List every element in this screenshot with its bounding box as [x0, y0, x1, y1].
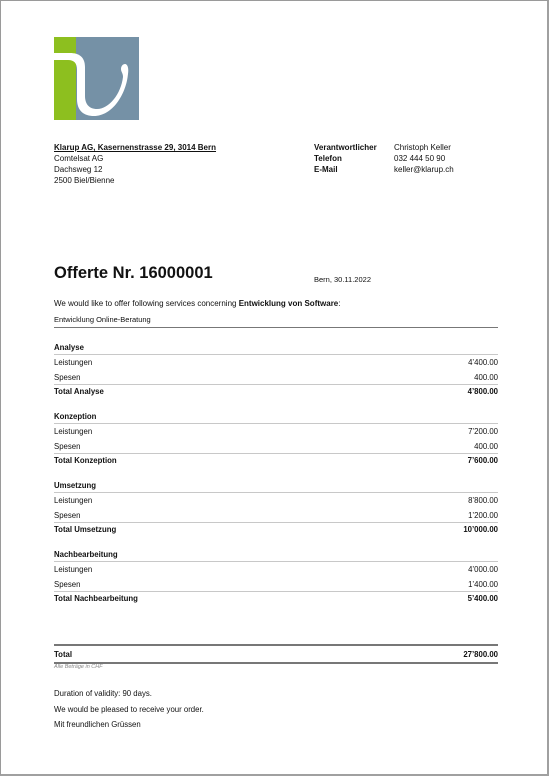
section-total-label: Total Analyse: [54, 385, 104, 399]
offer-date: Bern, 30.11.2022: [314, 274, 371, 285]
section-total-amount: 10’000.00: [463, 523, 498, 537]
section-heading: Analyse: [54, 341, 498, 355]
order-text: We would be pleased to receive your orde…: [54, 704, 204, 715]
cost-section: Nachbearbeitung Leistungen 4’000.00 Spes…: [54, 548, 498, 606]
section-total-row: Total Konzeption 7’600.00: [54, 453, 498, 468]
intro-project: Entwicklung von Software: [239, 299, 339, 308]
item-amount: 4’400.00: [468, 355, 498, 370]
item-amount: 1’200.00: [468, 508, 498, 523]
table-row: Spesen 400.00: [54, 439, 498, 454]
table-row: Spesen 1’200.00: [54, 508, 498, 523]
section-heading: Nachbearbeitung: [54, 548, 498, 562]
currency-note: Alle Beträge in CHF: [54, 662, 103, 673]
section-heading: Umsetzung: [54, 479, 498, 493]
contact-value: Christoph Keller: [394, 142, 451, 153]
contact-row-phone: Telefon 032 444 50 90: [314, 153, 454, 164]
recipient-street: Dachsweg 12: [54, 164, 102, 175]
section-total-amount: 4’800.00: [468, 385, 498, 399]
item-amount: 7’200.00: [468, 424, 498, 439]
grand-total-amount: 27’800.00: [463, 648, 498, 662]
item-amount: 400.00: [474, 439, 498, 454]
divider: [54, 327, 498, 328]
item-amount: 8’800.00: [468, 493, 498, 508]
table-row: Leistungen 8’800.00: [54, 493, 498, 508]
table-row: Leistungen 4’400.00: [54, 355, 498, 370]
recipient-company: Comtelsat AG: [54, 153, 103, 164]
intro-suffix: :: [338, 299, 340, 308]
item-label: Spesen: [54, 370, 80, 385]
item-label: Leistungen: [54, 493, 92, 508]
contact-label: E-Mail: [314, 164, 394, 175]
section-total-amount: 7’600.00: [468, 454, 498, 468]
section-total-amount: 5’400.00: [468, 592, 498, 606]
recipient-city: 2500 Biel/Bienne: [54, 175, 115, 186]
contact-label: Telefon: [314, 153, 394, 164]
section-total-label: Total Konzeption: [54, 454, 117, 468]
table-row: Leistungen 4’000.00: [54, 562, 498, 577]
company-logo: [54, 37, 139, 120]
grand-total-row: Total 27’800.00: [54, 644, 498, 664]
section-heading: Konzeption: [54, 410, 498, 424]
item-label: Leistungen: [54, 355, 92, 370]
sender-address: Klarup AG, Kasernenstrasse 29, 3014 Bern: [54, 142, 216, 153]
item-amount: 1’400.00: [468, 577, 498, 592]
section-total-label: Total Nachbearbeitung: [54, 592, 138, 606]
contact-value: 032 444 50 90: [394, 153, 445, 164]
table-row: Leistungen 7’200.00: [54, 424, 498, 439]
item-label: Leistungen: [54, 424, 92, 439]
offer-title: Offerte Nr. 16000001: [54, 263, 213, 283]
section-total-row: Total Umsetzung 10’000.00: [54, 522, 498, 537]
table-row: Spesen 1’400.00: [54, 577, 498, 592]
grand-total-label: Total: [54, 648, 72, 662]
contact-row-email: E-Mail keller@klarup.ch: [314, 164, 454, 175]
intro-prefix: We would like to offer following service…: [54, 299, 239, 308]
contact-table: Verantwortlicher Christoph Keller Telefo…: [314, 142, 454, 175]
grand-total: Total 27’800.00: [54, 644, 498, 664]
document-page: Klarup AG, Kasernenstrasse 29, 3014 Bern…: [0, 0, 549, 776]
contact-email-link[interactable]: keller@klarup.ch: [394, 164, 454, 175]
intro-text: We would like to offer following service…: [54, 298, 341, 309]
validity-text: Duration of validity: 90 days.: [54, 688, 152, 699]
cost-section: Umsetzung Leistungen 8’800.00 Spesen 1’2…: [54, 479, 498, 537]
section-total-label: Total Umsetzung: [54, 523, 116, 537]
cost-section: Analyse Leistungen 4’400.00 Spesen 400.0…: [54, 341, 498, 399]
section-total-row: Total Analyse 4’800.00: [54, 384, 498, 399]
greeting-text: Mit freundlichen Grüssen: [54, 719, 141, 730]
item-amount: 400.00: [474, 370, 498, 385]
item-label: Spesen: [54, 439, 80, 454]
cost-table: Analyse Leistungen 4’400.00 Spesen 400.0…: [54, 341, 498, 617]
cost-section: Konzeption Leistungen 7’200.00 Spesen 40…: [54, 410, 498, 468]
contact-label: Verantwortlicher: [314, 142, 394, 153]
item-label: Spesen: [54, 508, 80, 523]
offer-subject: Entwicklung Online-Beratung: [54, 314, 151, 325]
item-label: Leistungen: [54, 562, 92, 577]
section-total-row: Total Nachbearbeitung 5’400.00: [54, 591, 498, 606]
contact-row-responsible: Verantwortlicher Christoph Keller: [314, 142, 454, 153]
item-label: Spesen: [54, 577, 80, 592]
item-amount: 4’000.00: [468, 562, 498, 577]
table-row: Spesen 400.00: [54, 370, 498, 385]
